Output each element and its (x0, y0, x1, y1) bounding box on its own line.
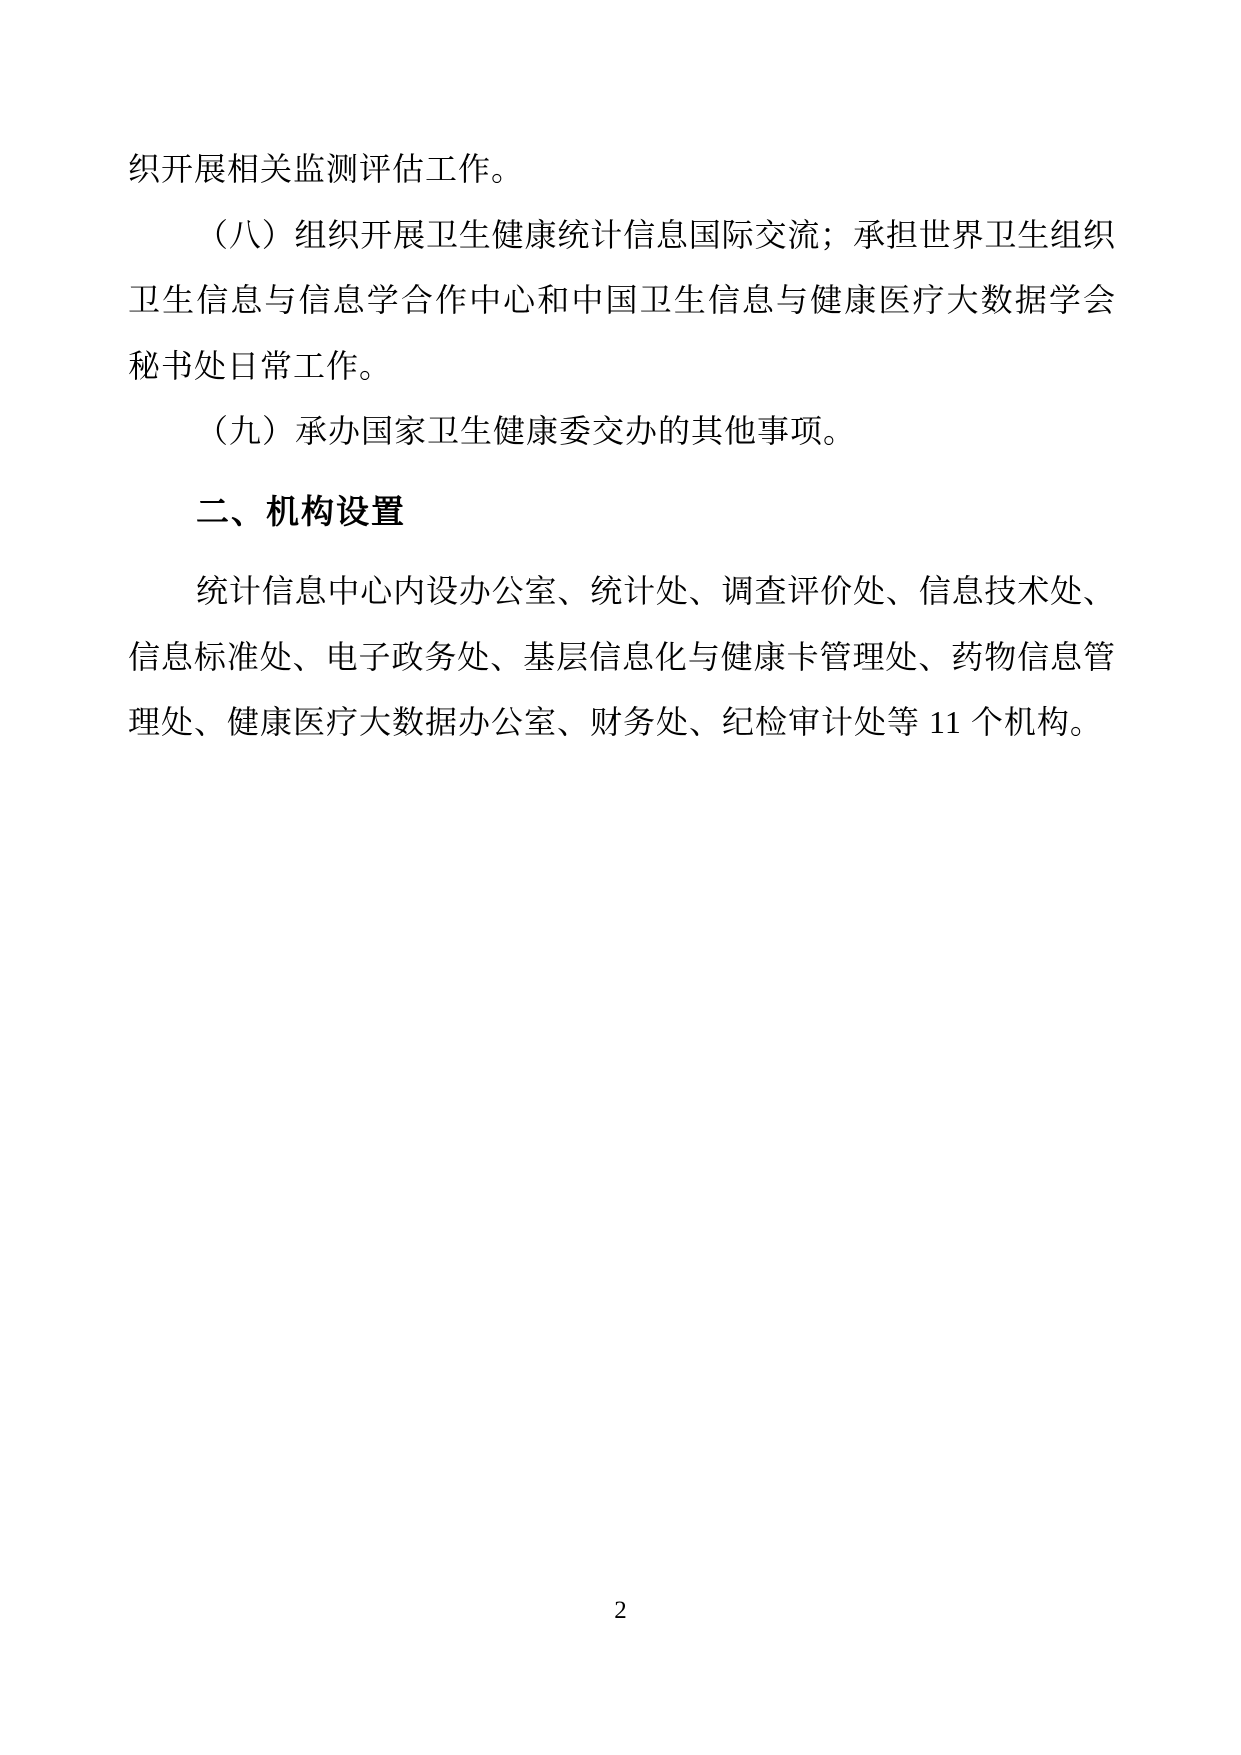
paragraph-line: 秘书处日常工作。 (128, 334, 1115, 400)
paragraph-line: 卫生信息与信息学合作中心和中国卫生信息与健康医疗大数据学会 (128, 268, 1115, 334)
paragraph-line: （八）组织开展卫生健康统计信息国际交流；承担世界卫生组织 (128, 203, 1115, 269)
page-number: 2 (0, 1596, 1241, 1626)
paragraph-line: （九）承办国家卫生健康委交办的其他事项。 (128, 399, 1115, 465)
document-content: 织开展相关监测评估工作。 （八）组织开展卫生健康统计信息国际交流；承担世界卫生组… (128, 137, 1115, 756)
paragraph-line: 统计信息中心内设办公室、统计处、调查评价处、信息技术处、 (128, 559, 1115, 625)
paragraph-line: 信息标准处、电子政务处、基层信息化与健康卡管理处、药物信息管 (128, 625, 1115, 691)
paragraph-line: 理处、健康医疗大数据办公室、财务处、纪检审计处等 11 个机构。 (128, 690, 1115, 756)
document-page: 织开展相关监测评估工作。 （八）组织开展卫生健康统计信息国际交流；承担世界卫生组… (0, 0, 1241, 1755)
paragraph-line: 织开展相关监测评估工作。 (128, 137, 1115, 203)
section-heading: 二、机构设置 (128, 479, 1115, 545)
